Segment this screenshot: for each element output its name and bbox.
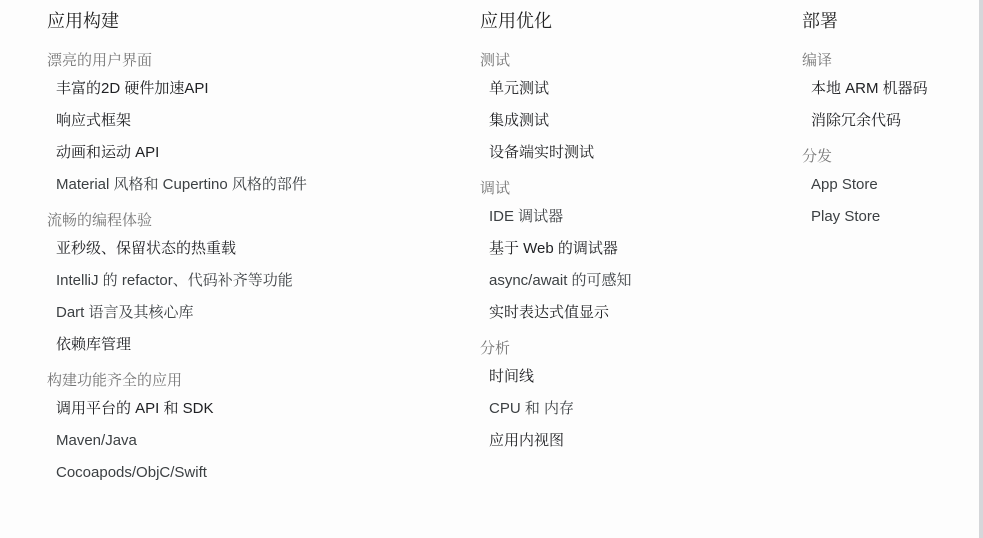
list-item: 设备端实时测试	[489, 143, 632, 163]
group-items: IDE 调试器 基于 Web 的调试器 async/await 的可感知 实时表…	[480, 207, 632, 323]
list-item: async/await 的可感知	[489, 271, 632, 291]
group-distribute: 分发 App Store Play Store	[802, 147, 928, 227]
list-item: 应用内视图	[489, 431, 632, 451]
list-item: 实时表达式值显示	[489, 303, 632, 323]
list-item: 集成测试	[489, 111, 632, 131]
list-item: 响应式框架	[56, 111, 307, 131]
column-deploy: 部署 编译 本地 ARM 机器码 消除冗余代码 分发 App Store Pla…	[802, 9, 928, 243]
group-title: 分析	[480, 339, 632, 359]
group-dev-experience: 流畅的编程体验 亚秒级、保留状态的热重载 IntelliJ 的 refactor…	[47, 211, 307, 355]
column-app-build: 应用构建 漂亮的用户界面 丰富的2D 硬件加速API 响应式框架 动画和运动 A…	[47, 9, 307, 499]
list-item: 单元测试	[489, 79, 632, 99]
list-item: Cocoapods/ObjC/Swift	[56, 463, 307, 483]
list-item: 亚秒级、保留状态的热重载	[56, 239, 307, 259]
list-item: 调用平台的 API 和 SDK	[56, 399, 307, 419]
list-item: 依赖库管理	[56, 335, 307, 355]
list-item: CPU 和 内存	[489, 399, 632, 419]
group-beautiful-ui: 漂亮的用户界面 丰富的2D 硬件加速API 响应式框架 动画和运动 API Ma…	[47, 51, 307, 195]
list-item: IntelliJ 的 refactor、代码补齐等功能	[56, 271, 307, 291]
group-full-featured-apps: 构建功能齐全的应用 调用平台的 API 和 SDK Maven/Java Coc…	[47, 371, 307, 483]
column-title: 应用优化	[480, 9, 632, 33]
list-item: 基于 Web 的调试器	[489, 239, 632, 259]
column-title: 部署	[802, 9, 928, 33]
group-title: 漂亮的用户界面	[47, 51, 307, 71]
group-items: 本地 ARM 机器码 消除冗余代码	[802, 79, 928, 131]
list-item: Play Store	[811, 207, 928, 227]
group-items: 时间线 CPU 和 内存 应用内视图	[480, 367, 632, 451]
group-title: 测试	[480, 51, 632, 71]
list-item: 消除冗余代码	[811, 111, 928, 131]
group-title: 分发	[802, 147, 928, 167]
group-title: 流畅的编程体验	[47, 211, 307, 231]
list-item: IDE 调试器	[489, 207, 632, 227]
group-title: 编译	[802, 51, 928, 71]
column-title: 应用构建	[47, 9, 307, 33]
group-testing: 测试 单元测试 集成测试 设备端实时测试	[480, 51, 632, 163]
group-items: App Store Play Store	[802, 175, 928, 227]
group-items: 调用平台的 API 和 SDK Maven/Java Cocoapods/Obj…	[47, 399, 307, 483]
group-title: 构建功能齐全的应用	[47, 371, 307, 391]
list-item: Dart 语言及其核心库	[56, 303, 307, 323]
vertical-scrollbar[interactable]	[979, 0, 983, 538]
list-item: 时间线	[489, 367, 632, 387]
group-debugging: 调试 IDE 调试器 基于 Web 的调试器 async/await 的可感知 …	[480, 179, 632, 323]
group-items: 丰富的2D 硬件加速API 响应式框架 动画和运动 API Material 风…	[47, 79, 307, 195]
group-items: 亚秒级、保留状态的热重载 IntelliJ 的 refactor、代码补齐等功能…	[47, 239, 307, 355]
feature-overview-page: 应用构建 漂亮的用户界面 丰富的2D 硬件加速API 响应式框架 动画和运动 A…	[0, 0, 983, 538]
list-item: 丰富的2D 硬件加速API	[56, 79, 307, 99]
group-compile: 编译 本地 ARM 机器码 消除冗余代码	[802, 51, 928, 131]
group-items: 单元测试 集成测试 设备端实时测试	[480, 79, 632, 163]
list-item: Material 风格和 Cupertino 风格的部件	[56, 175, 307, 195]
column-app-optimize: 应用优化 测试 单元测试 集成测试 设备端实时测试 调试 IDE 调试器 基于 …	[480, 9, 632, 467]
list-item: 动画和运动 API	[56, 143, 307, 163]
list-item: 本地 ARM 机器码	[811, 79, 928, 99]
list-item: Maven/Java	[56, 431, 307, 451]
list-item: App Store	[811, 175, 928, 195]
group-profiling: 分析 时间线 CPU 和 内存 应用内视图	[480, 339, 632, 451]
group-title: 调试	[480, 179, 632, 199]
